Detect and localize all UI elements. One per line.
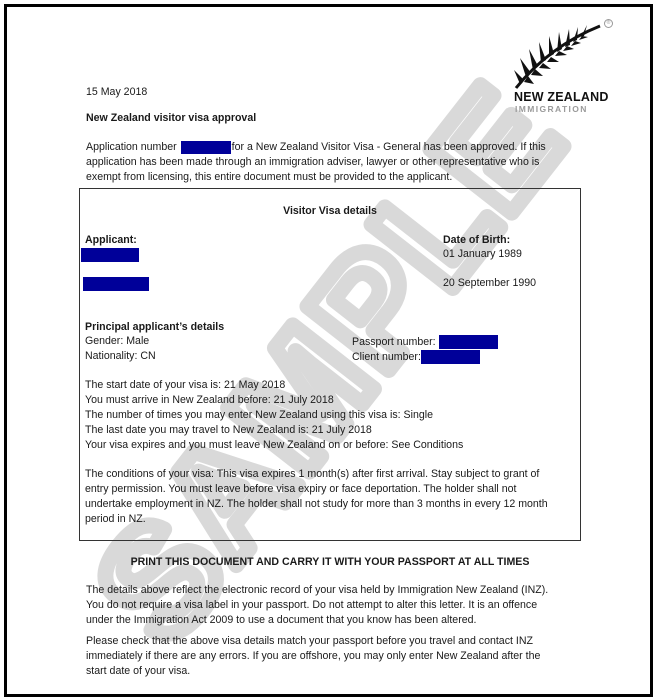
conditions-line: period in NZ. bbox=[85, 512, 146, 526]
intro-line-3: exempt from licensing, this entire docum… bbox=[86, 170, 452, 184]
visa-line: The number of times you may enter New Ze… bbox=[85, 408, 433, 422]
notice-para2-line: immediately if there are any errors. If … bbox=[86, 649, 540, 663]
details-heading: Visitor Visa details bbox=[79, 204, 581, 218]
notice-para2-line: Please check that the above visa details… bbox=[86, 634, 533, 648]
dob-value-1: 01 January 1989 bbox=[443, 247, 522, 261]
letter-title: New Zealand visitor visa approval bbox=[86, 111, 256, 125]
dob-label: Date of Birth: bbox=[443, 233, 510, 247]
visa-line: The last date you may travel to New Zeal… bbox=[85, 423, 372, 437]
intro-line-2: application has been made through an imm… bbox=[86, 155, 539, 169]
intro-prefix: Application number bbox=[86, 141, 177, 153]
applicant-label: Applicant: bbox=[85, 233, 137, 247]
client-number-redacted bbox=[421, 350, 480, 364]
application-number-redacted bbox=[181, 141, 231, 154]
passport-label: Passport number: bbox=[352, 336, 436, 348]
principal-heading: Principal applicant’s details bbox=[85, 320, 224, 334]
conditions-line: The conditions of your visa: This visa e… bbox=[85, 467, 539, 481]
notice-para1-line: under the Immigration Act 2009 to use a … bbox=[86, 613, 476, 627]
intro-line-1: Application number for a New Zealand Vis… bbox=[86, 140, 546, 154]
conditions-line: entry permission. You must leave before … bbox=[85, 482, 516, 496]
visa-line: The start date of your visa is: 21 May 2… bbox=[85, 378, 285, 392]
dob-value-2: 20 September 1990 bbox=[443, 276, 536, 290]
conditions-line: undertake employment in NZ. The holder s… bbox=[85, 497, 548, 511]
nationality: Nationality: CN bbox=[85, 349, 156, 363]
gender: Gender: Male bbox=[85, 334, 149, 348]
notice-para1-line: The details above reflect the electronic… bbox=[86, 583, 548, 597]
notice-para2-line: start date of your visa. bbox=[86, 664, 190, 678]
applicant-name-redacted-2 bbox=[83, 277, 149, 291]
applicant-name-redacted-1 bbox=[81, 248, 139, 262]
notice-heading: PRINT THIS DOCUMENT AND CARRY IT WITH YO… bbox=[79, 555, 581, 569]
notice-para1-line: You do not require a visa label in your … bbox=[86, 598, 537, 612]
passport-number-redacted bbox=[439, 335, 498, 349]
registered-mark: ® bbox=[604, 19, 613, 28]
letter-date: 15 May 2018 bbox=[86, 85, 147, 99]
client-label: Client number: bbox=[352, 351, 421, 363]
passport-number-row: Passport number: bbox=[352, 335, 498, 349]
logo-title: NEW ZEALAND bbox=[514, 90, 609, 104]
intro-line1-suffix: for a New Zealand Visitor Visa - General… bbox=[232, 141, 546, 153]
logo-subtitle: IMMIGRATION bbox=[515, 104, 588, 114]
visa-line: Your visa expires and you must leave New… bbox=[85, 438, 463, 452]
visa-line: You must arrive in New Zealand before: 2… bbox=[85, 393, 334, 407]
client-number-row: Client number: bbox=[352, 350, 480, 364]
